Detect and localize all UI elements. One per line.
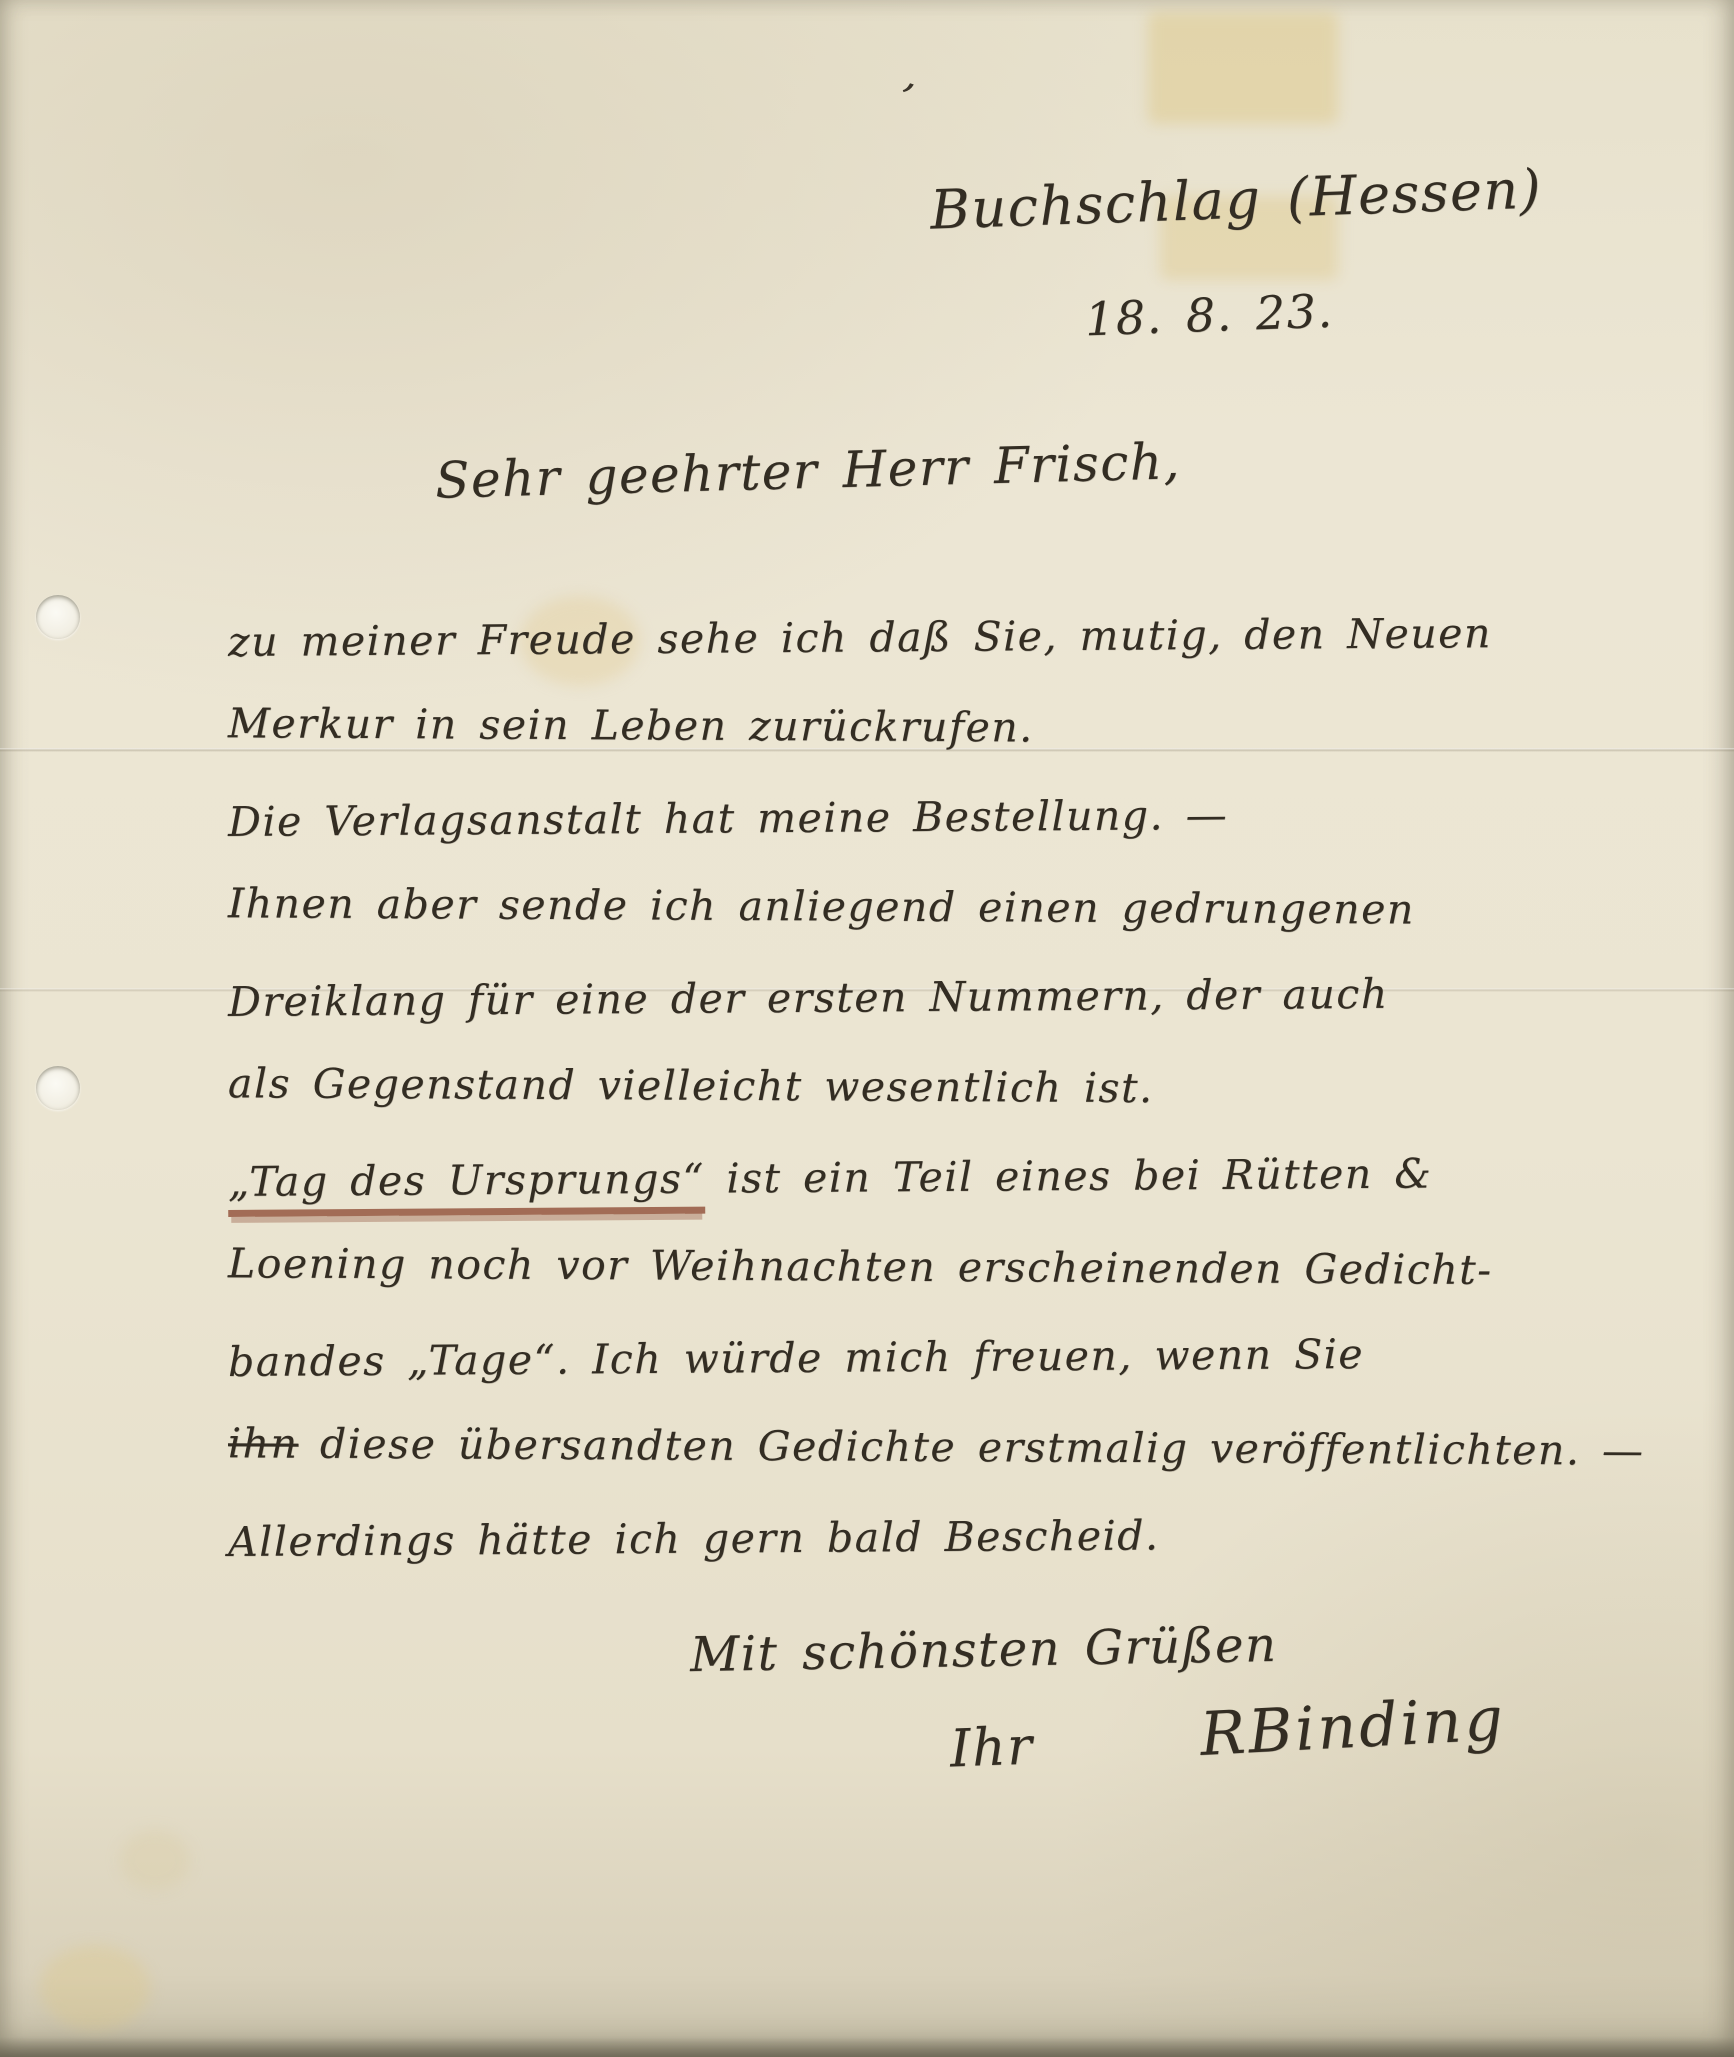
letter-segment: Dreiklang für eine der ersten Nummern, d… xyxy=(228,970,1389,1026)
letter-body: zu meiner Freude sehe ich daß Sie, mutig… xyxy=(228,592,1645,1582)
foxing-stain xyxy=(120,1830,190,1890)
foxing-stain xyxy=(40,1945,150,2030)
letter-segment-red-underline: „Tag des Ursprungs“ xyxy=(228,1155,705,1217)
letter-line: zu meiner Freude sehe ich daß Sie, mutig… xyxy=(228,587,1645,687)
letter-line: Allerdings hätte ich gern bald Bescheid. xyxy=(228,1487,1645,1587)
punch-hole-top xyxy=(36,595,80,639)
letter-line: Merkur in sein Leben zurückrufen. xyxy=(228,678,1645,775)
closing-line: Mit schönsten Grüßen xyxy=(690,1617,1278,1683)
letter-line: „Tag des Ursprungs“ ist ein Teil eines b… xyxy=(228,1127,1645,1227)
page-bottom-shadow xyxy=(0,2037,1734,2057)
letter-line: Loening noch vor Weihnachten erscheinend… xyxy=(228,1218,1645,1315)
letter-segment: zu meiner Freude sehe ich daß Sie, mutig… xyxy=(228,609,1492,666)
letter-segment: ist ein Teil eines bei Rütten & xyxy=(705,1150,1433,1203)
tape-residue-stain xyxy=(1148,12,1338,124)
letter-date: 18. 8. 23. xyxy=(1084,284,1334,347)
letter-page: ’ Buchschlag (Hessen) 18. 8. 23. Sehr ge… xyxy=(0,0,1734,2057)
signature-intro: Ihr xyxy=(949,1717,1034,1780)
letter-place: Buchschlag (Hessen) xyxy=(929,157,1543,241)
letter-segment: diese übersandten Gedichte erstmalig ver… xyxy=(298,1420,1644,1475)
letter-line: als Gegenstand vielleicht wesentlich ist… xyxy=(228,1038,1645,1135)
letter-segment-strike: ihn xyxy=(228,1419,299,1467)
letter-line: bandes „Tage“. Ich würde mich freuen, we… xyxy=(228,1307,1645,1407)
letter-line: Die Verlagsanstalt hat meine Bestellung.… xyxy=(228,767,1645,867)
punch-hole-bottom xyxy=(36,1066,80,1110)
letter-segment: Ihnen aber sende ich anliegend einen ged… xyxy=(228,879,1415,933)
letter-segment: bandes „Tage“. Ich würde mich freuen, we… xyxy=(228,1330,1364,1386)
letter-line: ihn diese übersandten Gedichte erstmalig… xyxy=(228,1398,1645,1495)
letter-segment: Die Verlagsanstalt hat meine Bestellung.… xyxy=(228,791,1228,846)
letter-segment: Merkur in sein Leben zurückrufen. xyxy=(228,699,1034,751)
stray-pen-mark: ’ xyxy=(891,73,919,124)
letter-segment: Loening noch vor Weihnachten erscheinend… xyxy=(228,1239,1493,1294)
letter-line: Ihnen aber sende ich anliegend einen ged… xyxy=(228,858,1645,955)
signature: RBinding xyxy=(1198,1684,1507,1770)
letter-segment: Allerdings hätte ich gern bald Bescheid. xyxy=(228,1511,1160,1566)
letter-line: Dreiklang für eine der ersten Nummern, d… xyxy=(228,947,1645,1047)
salutation: Sehr geehrter Herr Frisch, xyxy=(434,432,1181,510)
letter-segment: als Gegenstand vielleicht wesentlich ist… xyxy=(228,1059,1154,1112)
